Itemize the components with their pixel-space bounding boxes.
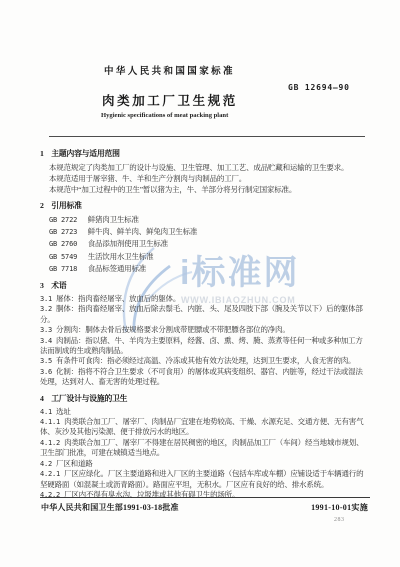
term-number: 3.6 [40, 368, 56, 376]
term-text: 屠体：指肉畜经屠宰、放血后的躯体。 [56, 294, 180, 303]
clause-item: 4.1选址 [40, 407, 366, 417]
term-text: 肉制品：指以猪、牛、羊肉为主要原料，经酱、卤、熏、烤、腌、蒸煮等任何一种或多种加… [40, 336, 363, 355]
term-text: 化制：指将不符合卫生要求（不可食用）的屠体或其病变组织、器官、内脏等，经过干法或… [40, 367, 363, 386]
reference-code: GB 2760 [49, 238, 86, 250]
term-item: 3.3分割肉：胴体去骨后按规格要求分割成带肥膘或不带肥膘各部位的净肉。 [40, 325, 366, 335]
clause-number: 4.2 [40, 460, 56, 468]
reference-code: GB 2722 [49, 214, 86, 226]
clause-number: 4.2.2 [40, 491, 64, 499]
section-4-heading: 4 工厂设计与设施的卫生 [40, 393, 366, 404]
clause-number: 4.2.1 [40, 470, 64, 478]
clause-number: 4.1 [40, 408, 56, 416]
scope-paragraph: 本规范规定了肉类加工厂的设计与设施、卫生管理、加工工艺、成品贮藏和运输的卫生要求… [40, 162, 366, 173]
clause-text: 厂区应绿化。厂区主要道路和进入厂区的主要道路（包括车库或车棚）应铺设适于车辆通行… [40, 469, 363, 488]
section-2-heading: 2 引用标准 [40, 200, 366, 211]
reference-name: 生活饮用水卫生标准 [88, 252, 154, 261]
scope-paragraph: 本规范适用于屠宰猪、牛、羊和生产分割肉与肉制品的工厂。 [40, 173, 366, 184]
reference-row: GB 2760 食品添加剂使用卫生标准 [49, 238, 366, 250]
standard-number: GB 12694—90 [288, 83, 350, 92]
term-text: 分割肉：胴体去骨后按规格要求分割成带肥膘或不带肥膘各部位的净肉。 [56, 325, 290, 334]
scope-paragraph: 本规范中“加工过程中的卫生”暂以猪为主，牛、羊部分将另行制定国家标准。 [40, 184, 366, 195]
reference-code: GB 2723 [49, 226, 86, 238]
clause-item: 4.2.2厂区内不得有臭水沟、垃圾堆或其他有碍卫生的场所。 [40, 490, 366, 500]
term-item: 3.2胴体：指肉畜经屠宰、放血后除去鬃毛、内脏、头、尾及四肢下部（腕及关节以下）… [40, 304, 366, 325]
section-1-heading: 1 主题内容与适用范围 [40, 148, 366, 159]
clause-text: 肉类联合加工厂、屠宰厂、肉制品厂宜建在地势较高、干燥、水源充足、交通方便、无有害… [40, 417, 363, 436]
term-number: 3.2 [40, 305, 56, 313]
document-body: 1 主题内容与适用范围 本规范规定了肉类加工厂的设计与设施、卫生管理、加工工艺、… [40, 148, 366, 500]
clause-item: 4.1.2肉类联合加工厂、屠宰厂不得建在居民稠密的地区，肉制品加工厂（车间）经当… [40, 438, 366, 459]
reference-row: GB 7718 食品标签通用标准 [49, 263, 366, 275]
reference-row: GB 2722 鲜猪肉卫生标准 [49, 214, 366, 226]
term-text: 有条件可食肉：指必须经过高温、冷冻或其他有效方法处理，达到卫生要求，人食无害的肉… [56, 356, 355, 365]
clause-number: 4.1.2 [40, 439, 64, 447]
reference-name: 食品添加剂使用卫生标准 [88, 239, 168, 248]
reference-row: GB 5749 生活饮用水卫生标准 [49, 251, 366, 263]
term-item: 3.4肉制品：指以猪、牛、羊肉为主要原料，经酱、卤、熏、烤、腌、蒸煮等任何一种或… [40, 336, 366, 357]
reference-code: GB 5749 [49, 251, 86, 263]
footer-approval: 中华人民共和国卫生部1991-03-18批准 [41, 502, 179, 513]
clause-text: 选址 [56, 407, 71, 416]
term-number: 3.3 [40, 326, 56, 334]
document-title-english: Hygienic specifications of meat packing … [101, 112, 228, 119]
header-divider [49, 136, 365, 137]
term-number: 3.1 [40, 295, 56, 303]
reference-name: 鲜猪肉卫生标准 [88, 215, 139, 224]
clause-item: 4.2.1厂区应绿化。厂区主要道路和进入厂区的主要道路（包括车库或车棚）应铺设适… [40, 469, 366, 490]
reference-code: GB 7718 [49, 263, 86, 275]
term-item: 3.1屠体：指肉畜经屠宰、放血后的躯体。 [40, 294, 366, 304]
term-item: 3.5有条件可食肉：指必须经过高温、冷冻或其他有效方法处理，达到卫生要求，人食无… [40, 356, 366, 366]
footer-implementation-date: 1991-10-01实施 [311, 502, 368, 513]
term-item: 3.6化制：指将不符合卫生要求（不可食用）的屠体或其病变组织、器官、内脏等，经过… [40, 367, 366, 388]
clause-item: 4.1.1肉类联合加工厂、屠宰厂、肉制品厂宜建在地势较高、干燥、水源充足、交通方… [40, 417, 366, 438]
clause-item: 4.2厂区和道路 [40, 459, 366, 469]
document-page: 中华人民共和国国家标准 GB 12694—90 肉类加工厂卫生规范 Hygien… [0, 0, 400, 567]
clause-text: 肉类联合加工厂、屠宰厂不得建在居民稠密的地区，肉制品加工厂（车间）经当地城市规划… [40, 438, 363, 457]
term-number: 3.5 [40, 357, 56, 365]
section-3-heading: 3 术语 [40, 280, 366, 291]
reference-row: GB 2723 鲜牛肉、鲜羊肉、鲜兔肉卫生标准 [49, 226, 366, 238]
page-number: 283 [334, 517, 345, 523]
reference-name: 鲜牛肉、鲜羊肉、鲜兔肉卫生标准 [88, 227, 198, 236]
term-text: 胴体：指肉畜经屠宰、放血后除去鬃毛、内脏、头、尾及四肢下部（腕及关节以下）后的躯… [40, 304, 363, 323]
clause-text: 厂区内不得有臭水沟、垃圾堆或其他有碍卫生的场所。 [64, 490, 239, 499]
reference-name: 食品标签通用标准 [88, 264, 146, 273]
term-number: 3.4 [40, 337, 56, 345]
standard-label: 中华人民共和国国家标准 [104, 63, 235, 77]
document-title: 肉类加工厂卫生规范 [102, 91, 238, 109]
clause-number: 4.1.1 [40, 418, 64, 426]
clause-text: 厂区和道路 [56, 459, 93, 468]
